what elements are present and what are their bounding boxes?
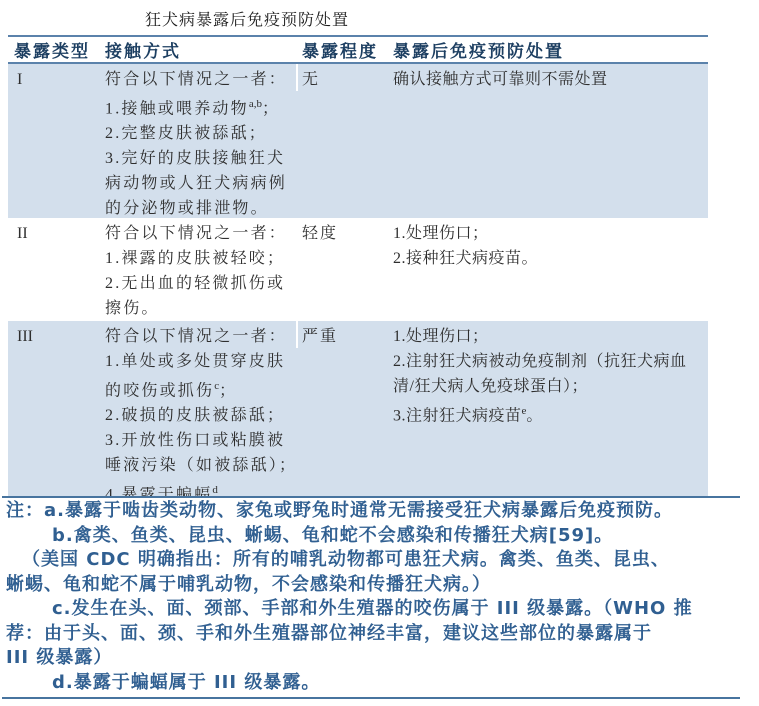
note-line: c.发生在头、面、颈部、手部和外生殖器的咬伤属于 III 级暴露。（WHO 推 (2, 597, 740, 622)
treatment-cell: 1.处理伤口；2.注射狂犬病被动免疫制剂（抗狂犬病血清/狂犬病人免疫球蛋白）；3… (388, 321, 708, 497)
notes-section: 注：a.暴露于啮齿类动物、家兔或野兔时通常无需接受狂犬病暴露后免疫预防。b.禽类… (2, 496, 740, 699)
note-line: （美国 CDC 明确指出：所有的哺乳动物都可患狂犬病。禽类、鱼类、昆虫、 (2, 548, 740, 573)
exposure-table: 暴露类型 接触方式 暴露程度 暴露后免疫预防处置 I 符合以下情况之一者：1.接… (8, 35, 708, 497)
note-line: 蜥蜴、龟和蛇不属于哺乳动物，不会感染和传播狂犬病。） (2, 573, 740, 598)
row-type-cell: I (8, 64, 100, 218)
footnote-marker: c (214, 380, 219, 392)
contact-line: 的分泌物或排泄物。 (105, 196, 294, 218)
contact-line: 1.裸露的皮肤被轻咬； (105, 246, 294, 271)
header-exposure-degree: 暴露程度 (296, 37, 388, 62)
footnote-marker: d (212, 484, 218, 496)
contact-cell: 符合以下情况之一者：1.接触或喂养动物a,b；2.完整皮肤被舔舐；3.完好的皮肤… (100, 64, 296, 218)
treatment-line: 清/狂犬病人免疫球蛋白）； (393, 374, 706, 399)
table-body: I 符合以下情况之一者：1.接触或喂养动物a,b；2.完整皮肤被舔舐；3.完好的… (8, 64, 708, 497)
degree-cell: 无 (296, 64, 388, 218)
table-header-row: 暴露类型 接触方式 暴露程度 暴露后免疫预防处置 (8, 35, 708, 64)
treatment-line: 2.接种狂犬病疫苗。 (393, 246, 706, 271)
document-page: 狂犬病暴露后免疫预防处置 暴露类型 接触方式 暴露程度 暴露后免疫预防处置 I … (0, 0, 759, 706)
footnote-marker: e (522, 405, 527, 417)
degree-cell: 轻度 (296, 218, 388, 321)
contact-line: 1.接触或喂养动物a,b； (105, 92, 294, 121)
contact-line: 唾液污染（如被舔舐）； (105, 453, 294, 478)
note-line: III 级暴露） (2, 646, 740, 671)
treatment-cell: 1.处理伤口；2.接种狂犬病疫苗。 (388, 218, 708, 321)
contact-line: 病动物或人狂犬病病例 (105, 171, 294, 196)
treatment-line: 1.处理伤口； (393, 324, 706, 349)
contact-cell: 符合以下情况之一者：1.单处或多处贯穿皮肤的咬伤或抓伤c；2.破损的皮肤被舔舐；… (100, 321, 296, 497)
contact-line: 3.开放性伤口或粘膜被 (105, 428, 294, 453)
table-row: II 符合以下情况之一者：1.裸露的皮肤被轻咬；2.无出血的轻微抓伤或擦伤。 轻… (8, 218, 708, 321)
contact-line: 2.破损的皮肤被舔舐； (105, 403, 294, 428)
table-row: I 符合以下情况之一者：1.接触或喂养动物a,b；2.完整皮肤被舔舐；3.完好的… (8, 64, 708, 218)
page-title: 狂犬病暴露后免疫预防处置 (145, 7, 349, 30)
treatment-cell: 确认接触方式可靠则不需处置 (388, 64, 708, 218)
treatment-line: 1.处理伤口； (393, 221, 706, 246)
header-post-exposure-treatment: 暴露后免疫预防处置 (388, 37, 708, 62)
contact-line: 符合以下情况之一者： (105, 324, 294, 349)
contact-line: 2.无出血的轻微抓伤或 (105, 271, 294, 296)
note-line: d.暴露于蝙蝠属于 III 级暴露。 (2, 671, 740, 696)
contact-line: 的咬伤或抓伤c； (105, 374, 294, 403)
treatment-line: 2.注射狂犬病被动免疫制剂（抗狂犬病血 (393, 349, 706, 374)
table-row: III 符合以下情况之一者：1.单处或多处贯穿皮肤的咬伤或抓伤c；2.破损的皮肤… (8, 321, 708, 497)
contact-line: 4.暴露于蝙蝠d。 (105, 478, 294, 497)
degree-cell: 严重 (296, 321, 388, 497)
note-line: 注：a.暴露于啮齿类动物、家兔或野兔时通常无需接受狂犬病暴露后免疫预防。 (2, 499, 740, 524)
contact-line: 符合以下情况之一者： (105, 221, 294, 246)
row-type-cell: II (8, 218, 100, 321)
contact-line: 擦伤。 (105, 296, 294, 321)
row-type-cell: III (8, 321, 100, 497)
contact-line: 3.完好的皮肤接触狂犬 (105, 146, 294, 171)
contact-cell: 符合以下情况之一者：1.裸露的皮肤被轻咬；2.无出血的轻微抓伤或擦伤。 (100, 218, 296, 321)
header-exposure-type: 暴露类型 (8, 37, 100, 62)
note-line: 荐：由于头、面、颈、手和外生殖器部位神经丰富，建议这些部位的暴露属于 (2, 622, 740, 647)
treatment-line: 确认接触方式可靠则不需处置 (393, 67, 706, 92)
footnote-marker: a,b (249, 98, 262, 110)
contact-line: 1.单处或多处贯穿皮肤 (105, 349, 294, 374)
treatment-line: 3.注射狂犬病疫苗e。 (393, 399, 706, 428)
contact-line: 符合以下情况之一者： (105, 67, 294, 92)
contact-line: 2.完整皮肤被舔舐； (105, 121, 294, 146)
note-line: b.禽类、鱼类、昆虫、蜥蜴、龟和蛇不会感染和传播狂犬病[59]。 (2, 524, 740, 549)
header-contact-mode: 接触方式 (100, 37, 296, 62)
